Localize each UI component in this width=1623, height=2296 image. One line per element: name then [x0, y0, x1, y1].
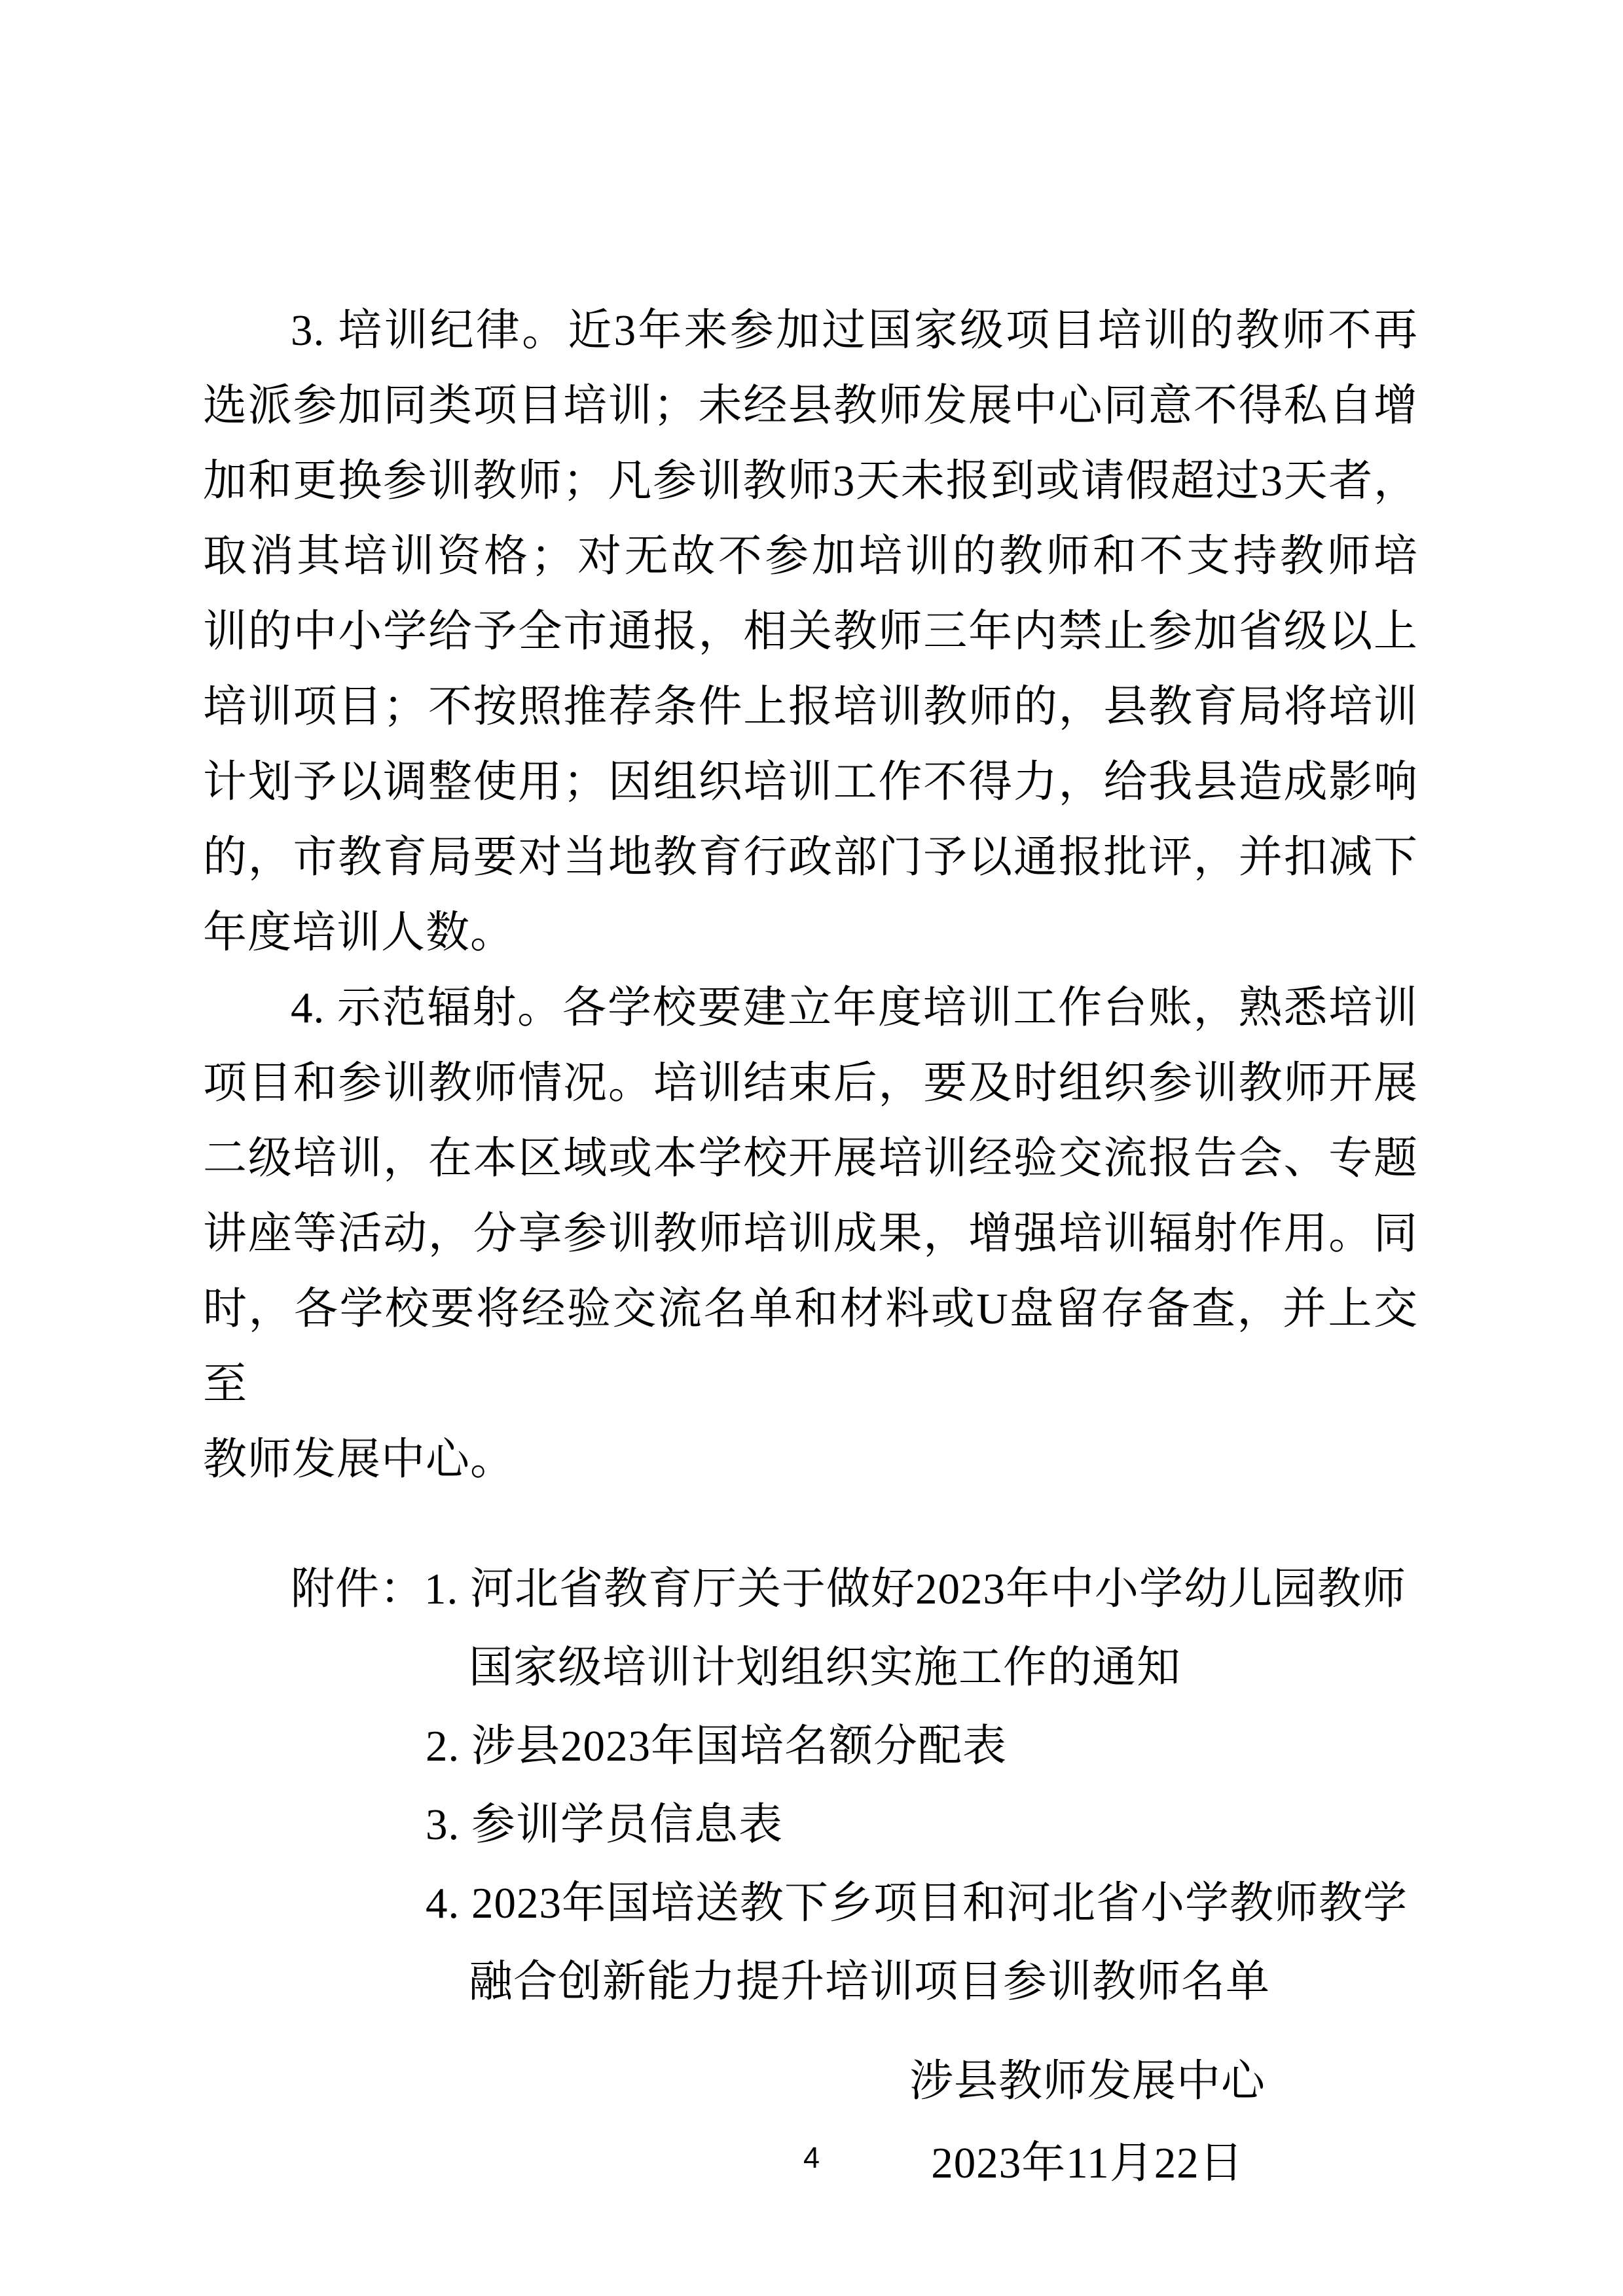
- signature-organization: 涉县教师发展中心: [900, 2041, 1275, 2123]
- attachment-line: 4. 2023年国培送教下乡项目和河北省小学教师教学: [203, 1864, 1418, 1943]
- attachment-line: 附件：1. 河北省教育厅关于做好2023年中小学幼儿园教师: [203, 1550, 1418, 1628]
- body-line: 3. 培训纪律。近3年来参加过国家级项目培训的教师不再: [203, 293, 1418, 368]
- document-page: 3. 培训纪律。近3年来参加过国家级项目培训的教师不再 选派参加同类项目培训；未…: [0, 0, 1623, 2296]
- signature-block: 涉县教师发展中心 2023年11月22日: [900, 2041, 1275, 2204]
- page-number: 4: [0, 2139, 1623, 2177]
- body-line: 教师发展中心。: [203, 1422, 1418, 1498]
- body-line: 取消其培训资格；对无故不参加培训的教师和不支持教师培: [203, 519, 1418, 594]
- body-line: 培训项目；不按照推荐条件上报培训教师的，县教育局将培训: [203, 670, 1418, 745]
- attachment-line: 3. 参训学员信息表: [203, 1785, 1418, 1864]
- body-line: 4. 示范辐射。各学校要建立年度培训工作台账，熟悉培训: [203, 971, 1418, 1046]
- body-line: 项目和参训教师情况。培训结束后，要及时组织参训教师开展: [203, 1046, 1418, 1121]
- paragraph-training-discipline: 3. 培训纪律。近3年来参加过国家级项目培训的教师不再 选派参加同类项目培训；未…: [203, 293, 1418, 971]
- body-line: 的，市教育局要对当地教育行政部门予以通报批评，并扣减下: [203, 820, 1418, 895]
- body-line: 年度培训人数。: [203, 895, 1418, 971]
- attachment-line: 2. 涉县2023年国培名额分配表: [203, 1707, 1418, 1785]
- body-line: 计划予以调整使用；因组织培训工作不得力，给我县造成影响: [203, 745, 1418, 820]
- attachment-line: 融合创新能力提升培训项目参训教师名单: [203, 1943, 1418, 2021]
- attachment-line: 国家级培训计划组织实施工作的通知: [203, 1628, 1418, 1707]
- attachment-list: 附件：1. 河北省教育厅关于做好2023年中小学幼儿园教师 国家级培训计划组织实…: [203, 1550, 1418, 2021]
- body-line: 讲座等活动，分享参训教师培训成果，增强培训辐射作用。同: [203, 1196, 1418, 1272]
- body-line: 选派参加同类项目培训；未经县教师发展中心同意不得私自增: [203, 368, 1418, 444]
- body-line: 二级培训，在本区域或本学校开展培训经验交流报告会、专题: [203, 1121, 1418, 1196]
- paragraph-demonstration-radiation: 4. 示范辐射。各学校要建立年度培训工作台账，熟悉培训 项目和参训教师情况。培训…: [203, 971, 1418, 1498]
- body-line: 加和更换参训教师；凡参训教师3天未报到或请假超过3天者，: [203, 444, 1418, 519]
- document-body: 3. 培训纪律。近3年来参加过国家级项目培训的教师不再 选派参加同类项目培训；未…: [203, 293, 1418, 2204]
- body-line: 训的中小学给予全市通报，相关教师三年内禁止参加省级以上: [203, 594, 1418, 670]
- body-line: 时，各学校要将经验交流名单和材料或U盘留存备查，并上交至: [203, 1272, 1418, 1422]
